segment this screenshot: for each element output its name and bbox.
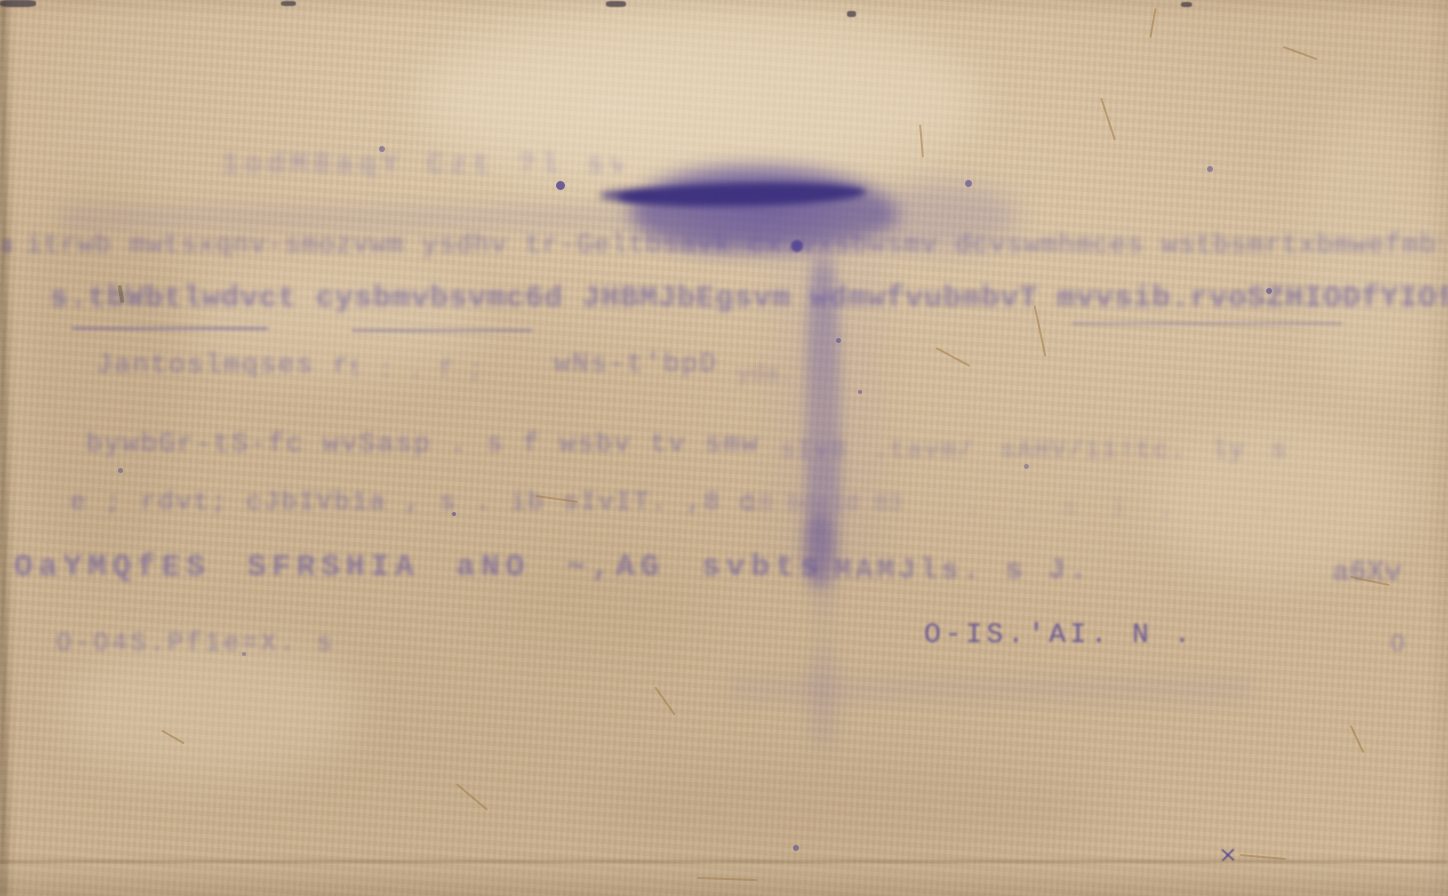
bleedthrough-date-stamp: O (1390, 630, 1432, 664)
paper-fiber (1283, 46, 1318, 60)
ink-speckle (2, 238, 12, 254)
dotted-underline (352, 329, 532, 332)
ink-speckle (118, 468, 123, 473)
ink-run-knot (804, 512, 834, 586)
ink-blob-tip (600, 190, 656, 201)
bleedthrough-text-row: bywbGr-tS-fc wvSasp . s f wsbv tv smw (86, 430, 796, 470)
ink-speckle (1207, 166, 1213, 172)
paper-crease-line (0, 860, 1448, 863)
paper-fiber (936, 347, 970, 367)
paper-texture-patch (600, 760, 1100, 860)
bleedthrough-date-stamp: O-O4S.Pf1e=X. s (56, 628, 396, 666)
ink-speckle (1024, 464, 1029, 469)
dotted-underline (72, 327, 268, 330)
paper-fiber (456, 783, 488, 810)
paper-fiber (654, 687, 675, 716)
ink-speckle (379, 146, 385, 152)
bleedthrough-stamp-row: a6Xv (1332, 556, 1444, 594)
bleedthrough-text-row: s.tbWbtlwdvct cysbmvbsvmc6d JHBMJbEgsvm … (50, 282, 1448, 326)
scan-edge-speck (281, 1, 296, 6)
ink-speckle (242, 652, 246, 656)
ink-shadow-band (62, 206, 662, 230)
paper-fiber (1350, 725, 1364, 753)
bleedthrough-stamp-row: OaYMQfES SFRSHIA aNO ~,AG svbts (14, 550, 822, 592)
ink-speckle (858, 390, 862, 394)
scan-edge-speck (847, 11, 856, 17)
scan-edge-speck (606, 1, 626, 7)
ink-speckle (791, 240, 803, 252)
bleedthrough-text-row: e ; rdvt; cJbIVb1a , s . ib sIvIT. ,8 c (70, 487, 810, 525)
ink-smear-band (730, 676, 1250, 702)
paper-bottom-band (0, 864, 1448, 896)
scan-edge-shadow (0, 0, 7, 896)
bleedthrough-date-stamp: O-IS.'AI. N . (924, 620, 1269, 660)
bleedthrough-stamp-row: MAMJls. s J. (834, 554, 1174, 594)
paper-fiber (1149, 8, 1156, 38)
scan-edge-speck (0, 0, 36, 7)
scanned-paper-card: 1odM8aqY Czt ?l sv itrwb mwtsxqnv-smozvw… (0, 0, 1448, 896)
bleedthrough-text-row: itrwb mwtsxqnv-smozvwm ysdhv tr-Geltbsav… (26, 231, 1442, 273)
ink-speckle (452, 512, 456, 516)
bleedthrough-word-cluster: . : . f ; (348, 356, 548, 390)
ink-speckle (836, 338, 841, 343)
bleedthrough-text-row: . . s i , . . (965, 495, 1405, 527)
ink-speckle (965, 180, 972, 187)
paper-fiber (1100, 98, 1115, 140)
dotted-underline (1072, 322, 1342, 325)
bleedthrough-word-cluster: Jantoslmqses rc (96, 351, 356, 391)
ink-speckle (793, 845, 799, 851)
scan-edge-speck (1181, 2, 1192, 7)
bleedthrough-word-cluster: wNs-t'bpD (554, 350, 739, 388)
ink-speckle (1266, 288, 1272, 294)
ink-speckle (556, 181, 565, 190)
